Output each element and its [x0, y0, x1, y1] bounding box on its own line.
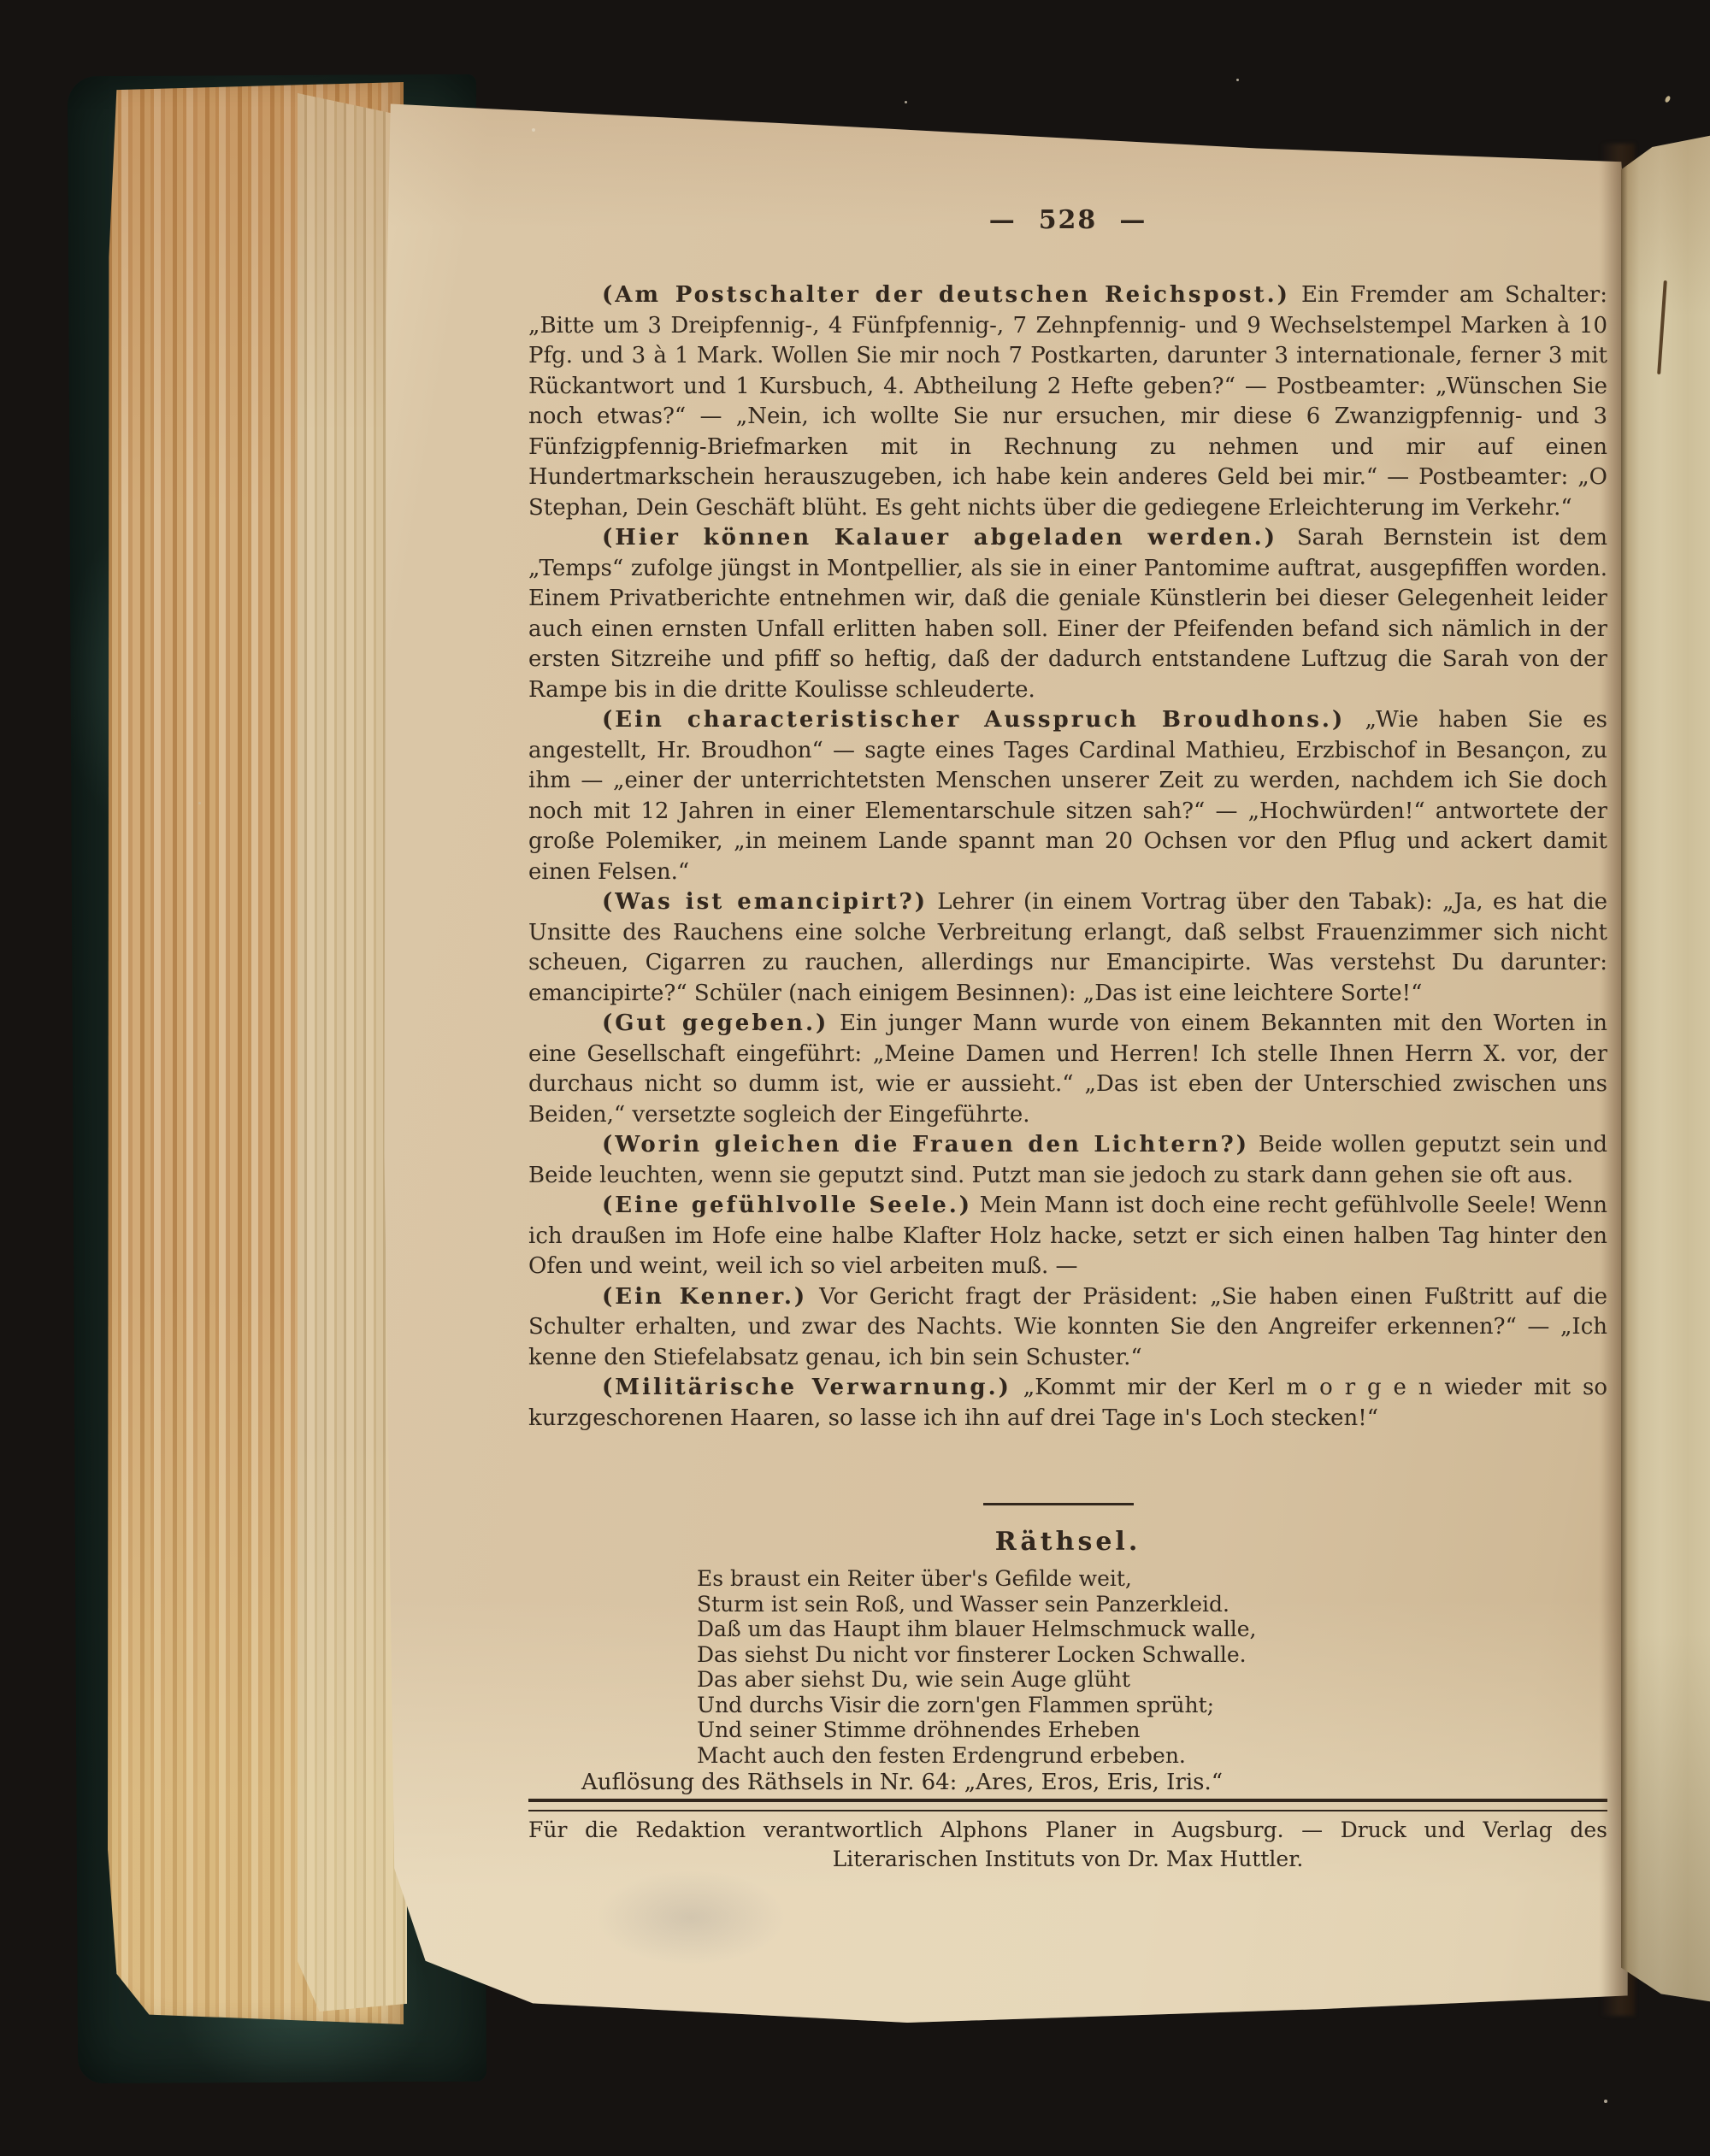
- header-dash: —: [989, 205, 1017, 235]
- article-paragraph: (Eine gefühlvolle Seele.) Mein Mann ist …: [528, 1191, 1607, 1282]
- article-heading: (Militärische Verwarnung.): [602, 1375, 1011, 1400]
- article-heading: (Ein Kenner.): [602, 1284, 807, 1310]
- dust-speck: [905, 101, 907, 103]
- article-paragraph: (Gut gegeben.) Ein junger Mann wurde von…: [528, 1009, 1607, 1130]
- article-paragraph: (Ein Kenner.) Vor Gericht fragt der Präs…: [528, 1282, 1607, 1374]
- article-heading: (Am Postschalter der deutschen Reichspos…: [602, 282, 1290, 308]
- article-paragraph: (Worin gleichen die Frauen den Lichtern?…: [528, 1130, 1607, 1191]
- article-heading: (Hier können Kalauer abgeladen werden.): [602, 525, 1277, 551]
- article-heading: (Eine gefühlvolle Seele.): [602, 1193, 972, 1218]
- riddle-line: Und durchs Visir die zorn'gen Flammen sp…: [697, 1693, 1256, 1718]
- dust-speck: [1604, 2100, 1607, 2103]
- article-paragraph: (Am Postschalter der deutschen Reichspos…: [528, 280, 1607, 523]
- article-heading: (Worin gleichen die Frauen den Lichtern?…: [602, 1132, 1249, 1158]
- section-divider-rule: [983, 1503, 1134, 1505]
- photo-background: —528— (Am Postschalter der deutschen Rei…: [0, 0, 1710, 2156]
- articles: (Am Postschalter der deutschen Reichspos…: [528, 280, 1607, 1434]
- article-paragraph: (Was ist emancipirt?) Lehrer (in einem V…: [528, 887, 1607, 1009]
- article-paragraph: (Hier können Kalauer abgeladen werden.) …: [528, 523, 1607, 705]
- dust-speck: [532, 128, 535, 132]
- riddle-title: Räthsel.: [528, 1527, 1607, 1557]
- article-heading: (Ein characteristischer Ausspruch Broudh…: [602, 707, 1345, 733]
- dust-speck: [198, 802, 201, 804]
- imprint-line-2: Literarischen Instituts von Dr. Max Hutt…: [528, 1847, 1607, 1871]
- article-paragraph: (Ein characteristischer Ausspruch Broudh…: [528, 705, 1607, 887]
- riddle-line: Und seiner Stimme dröhnendes Erheben: [697, 1717, 1256, 1743]
- article-paragraph: (Militärische Verwarnung.) „Kommt mir de…: [528, 1373, 1607, 1434]
- page-header: —528—: [528, 205, 1607, 235]
- dust-speck: [1236, 79, 1239, 81]
- riddle-solution: Auflösung des Räthsels in Nr. 64: „Ares,…: [581, 1770, 1223, 1795]
- riddle-line: Daß um das Haupt ihm blauer Helmschmuck …: [697, 1617, 1256, 1642]
- article-heading: (Gut gegeben.): [602, 1010, 828, 1036]
- riddle-line: Macht auch den festen Erdengrund erbeben…: [697, 1743, 1256, 1769]
- imprint-line-1: Für die Redaktion verantwortlich Alphons…: [528, 1817, 1607, 1842]
- riddle-line: Das siehst Du nicht vor finsterer Locken…: [697, 1642, 1256, 1668]
- article-heading: (Was ist emancipirt?): [602, 889, 928, 915]
- header-dash: —: [1119, 205, 1147, 235]
- page-number: 528: [1039, 205, 1098, 235]
- riddle-line: Es braust ein Reiter über's Gefilde weit…: [697, 1566, 1256, 1592]
- imprint-rule: [528, 1799, 1607, 1811]
- facing-page-sliver: [1621, 128, 1710, 2009]
- binding-stitch: [1657, 280, 1667, 374]
- book-page: —528— (Am Postschalter der deutschen Rei…: [383, 92, 1631, 2023]
- dust-speck: [1664, 95, 1671, 103]
- riddle-line: Sturm ist sein Roß, und Wasser sein Panz…: [697, 1592, 1256, 1617]
- riddle-poem: Es braust ein Reiter über's Gefilde weit…: [697, 1566, 1256, 1768]
- riddle-line: Das aber siehst Du, wie sein Auge glüht: [697, 1667, 1256, 1693]
- printed-text-column: —528— (Am Postschalter der deutschen Rei…: [528, 92, 1607, 2023]
